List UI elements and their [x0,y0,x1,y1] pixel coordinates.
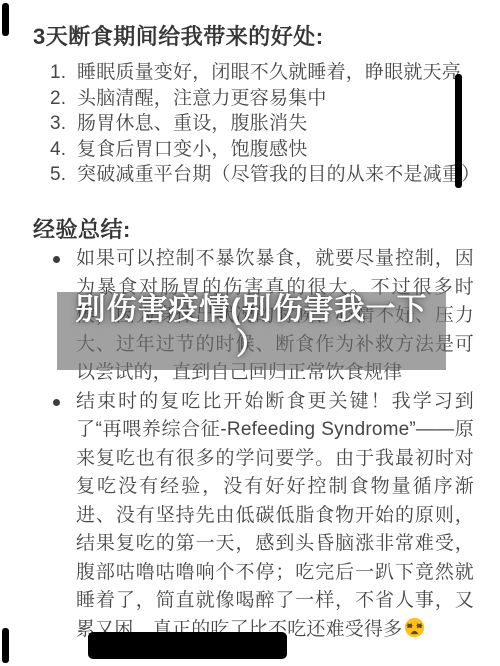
list-item-text: 突破减重平台期（尽管我的目的从来不是减重） [77,162,480,188]
page-edge-mark-top [2,3,9,36]
overlay-title-line2: ） [57,327,446,362]
list-item-text: 复食后胃口变小，饱腹感快 [77,137,307,163]
overlay-title-line1: 别伤害疫情(别伤害我一下 [57,292,446,327]
home-indicator [88,632,287,659]
list-item: 5. 突破减重平台期（尽管我的目的从来不是减重） [50,162,480,188]
list-item: 结束时的复吃比开始断食更关键！我学习到了“再喂养综合征-Refeeding Sy… [50,388,474,648]
bullet-text: 结束时的复吃比开始断食更关键！我学习到了“再喂养综合征-Refeeding Sy… [76,391,474,640]
list-item-text: 头脑清醒，注意力更容易集中 [77,86,327,112]
list-number: 1. [50,60,77,86]
weary-face-emoji-icon [404,617,425,648]
list-number: 3. [50,111,77,137]
bullet-dot-icon [53,256,60,263]
benefits-list: 1. 睡眠质量变好，闭眼不久就睡着，睁眼就天亮 2. 头脑清醒，注意力更容易集中… [50,60,480,188]
list-item: 1. 睡眠质量变好，闭眼不久就睡着，睁眼就天亮 [50,60,480,86]
list-item-text: 肠胃休息、重设，腹胀消失 [77,111,307,137]
benefits-heading: 3天断食期间给我带来的好处: [33,20,324,51]
list-number: 5. [50,162,77,188]
scrollbar-thumb[interactable] [455,74,462,188]
overlay-title-banner: 别伤害疫情(别伤害我一下 ） [57,292,446,370]
summary-heading: 经验总结: [33,213,131,244]
list-item: 3. 肠胃休息、重设，腹胀消失 [50,111,480,137]
list-number: 2. [50,86,77,112]
list-item: 4. 复食后胃口变小，饱腹感快 [50,137,480,163]
emoji-char: 😫 [425,616,426,617]
list-number: 4. [50,137,77,163]
bullet-dot-icon [53,399,60,406]
list-item: 2. 头脑清醒，注意力更容易集中 [50,86,480,112]
list-item-text: 睡眠质量变好，闭眼不久就睡着，睁眼就天亮 [77,60,461,86]
page-edge-mark-bottom [2,628,9,663]
